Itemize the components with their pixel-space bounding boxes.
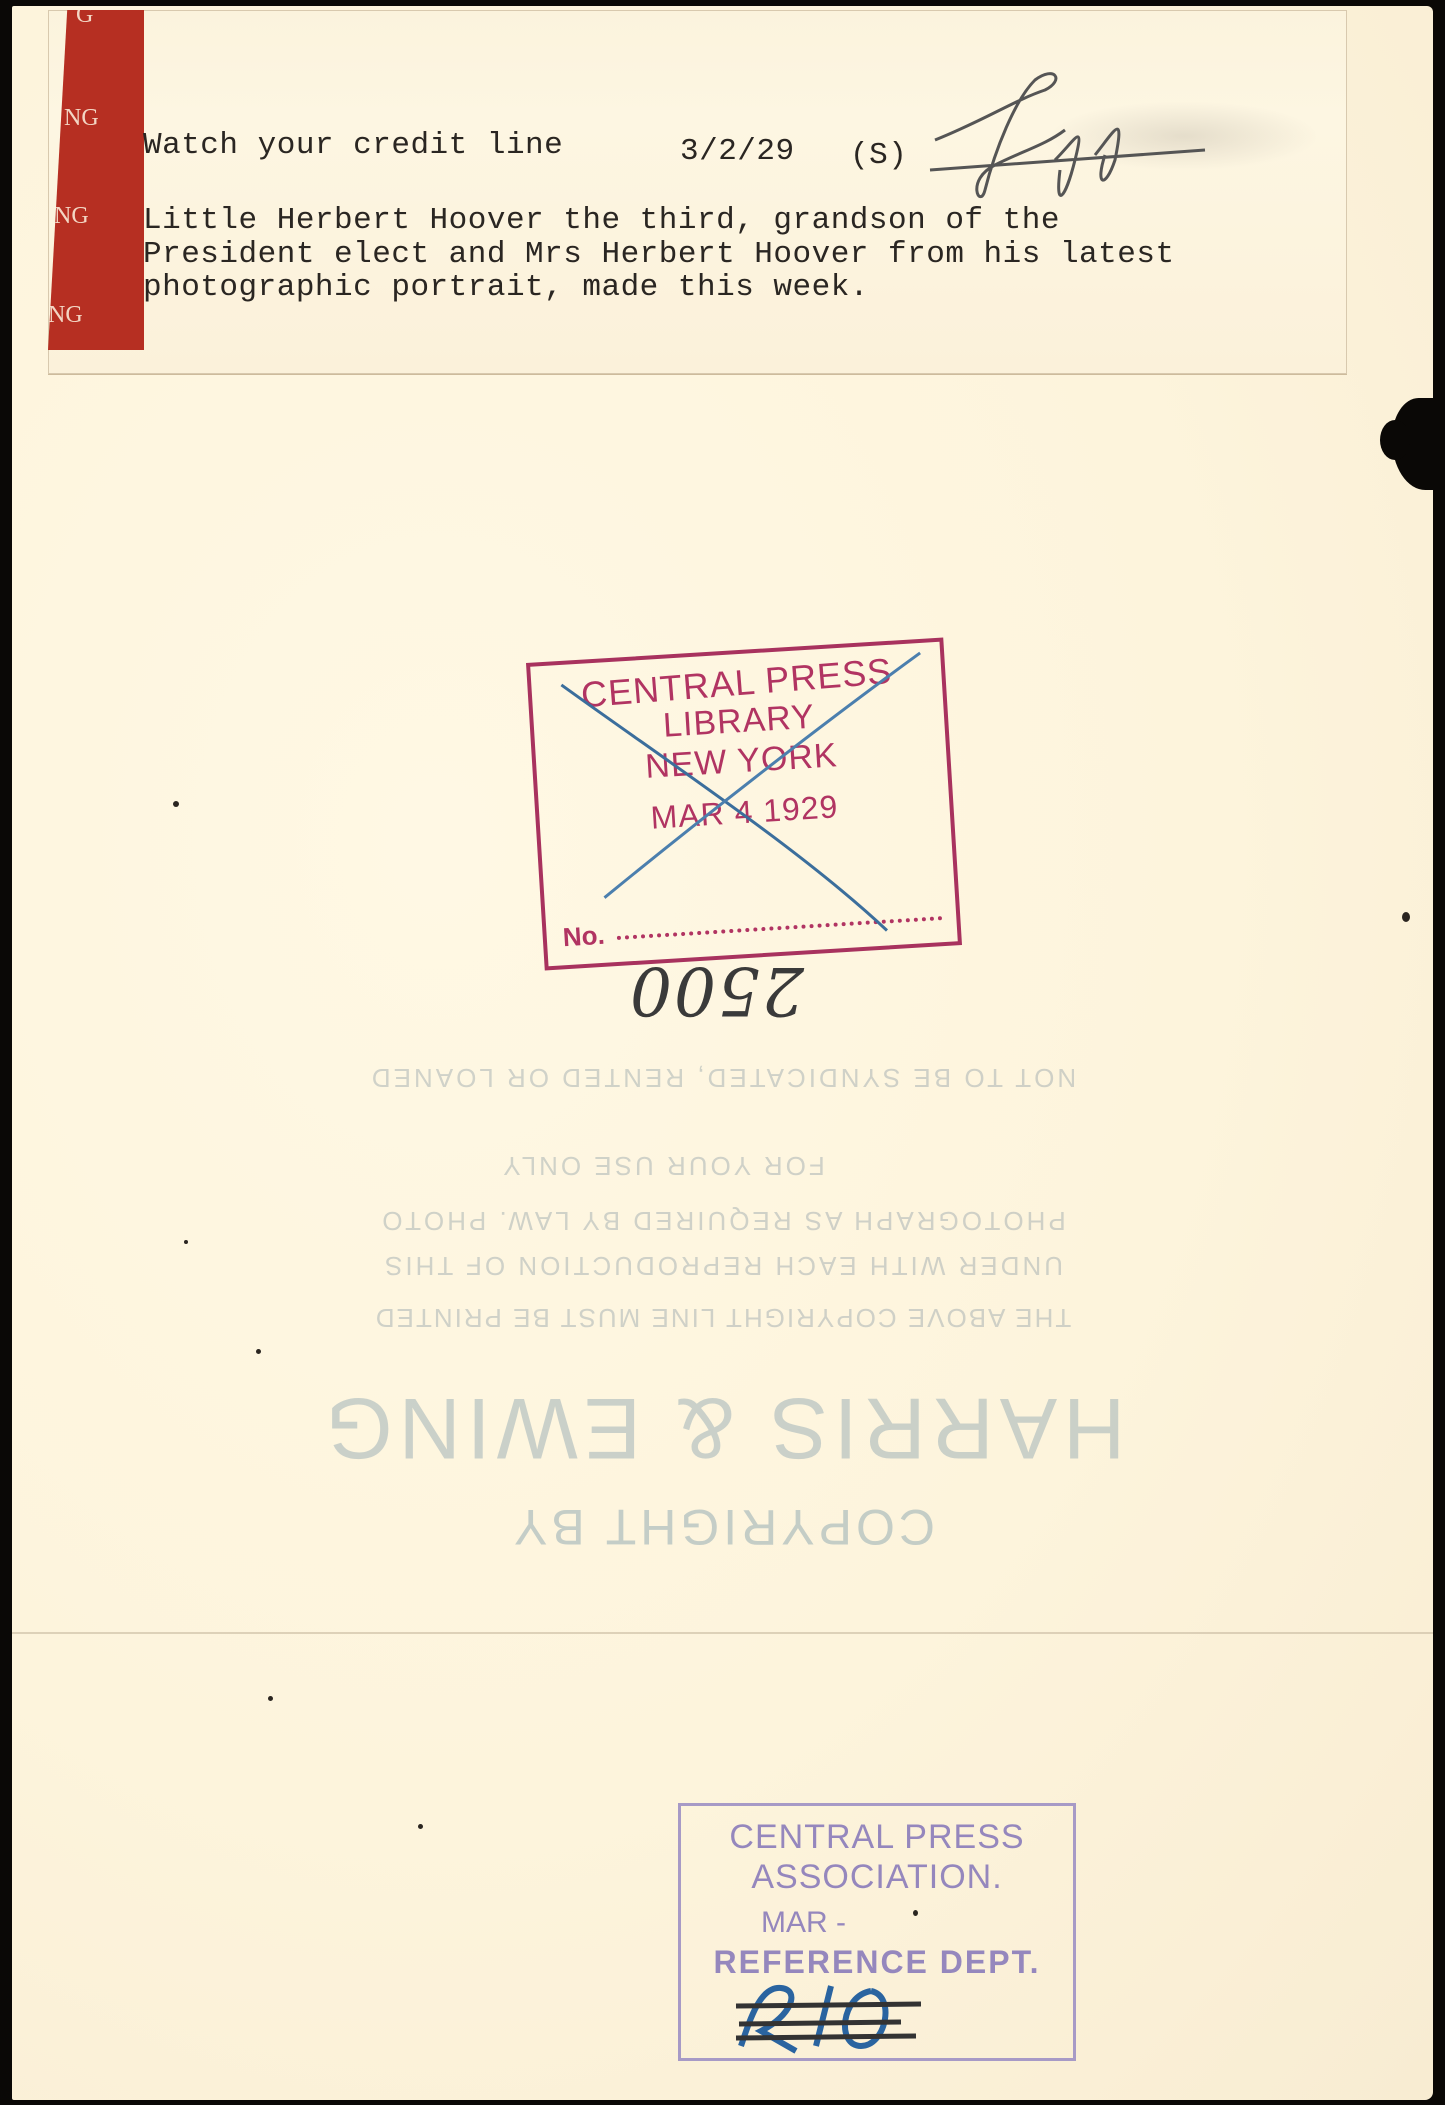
ink-spot — [913, 1910, 918, 1916]
torn-edge-inner — [1380, 420, 1410, 460]
bleed-through-text: THE ABOVE COPYRIGHT LINE MUST BE PRINTED — [0, 1302, 1445, 1333]
caption-body-line: photographic portrait, made this week. — [143, 270, 869, 305]
stamp-line: MAR - — [761, 1906, 846, 1940]
crossed-out-mark — [530, 642, 958, 966]
bleed-through-text: NOT TO BE SYNDICATED, RENTED OR LOANED — [0, 1062, 1445, 1093]
bleed-through-brand: HARRIS & EWING — [0, 1378, 1445, 1477]
caption-code: (S) — [850, 138, 907, 173]
ink-spot — [1402, 912, 1410, 922]
bleed-through-text: UNDER WITH EACH REPRODUCTION OF THIS — [0, 1250, 1445, 1281]
handwritten-number: 2500 — [628, 952, 804, 1029]
fold-crease — [12, 1632, 1433, 1634]
reference-stamp: CENTRAL PRESS ASSOCIATION. MAR - REFEREN… — [678, 1803, 1076, 2061]
strip-label: NG — [54, 203, 89, 230]
library-stamp: CENTRAL PRESS LIBRARY NEW YORK MAR 4 192… — [526, 638, 962, 971]
stamp-line: CENTRAL PRESS — [681, 1818, 1073, 1857]
caption-body-line: Little Herbert Hoover the third, grandso… — [143, 203, 1060, 238]
strip-label: NG — [48, 302, 83, 329]
bleed-through-text: FOR YOUR USE ONLY — [0, 1150, 1445, 1181]
bleed-through-text: PHOTOGRAPH AS REQUIRED BY LAW. PHOTO — [0, 1205, 1445, 1236]
caption-body-line: President elect and Mrs Herbert Hoover f… — [143, 237, 1175, 272]
bleed-through-credit: COPYRIGHT BY — [0, 1498, 1445, 1556]
ink-spot — [256, 1349, 261, 1354]
ink-spot — [268, 1696, 273, 1701]
ink-spot — [184, 1240, 188, 1244]
strip-label: NG — [64, 105, 99, 132]
stamp-line: ASSOCIATION. — [681, 1858, 1073, 1897]
pencil-signature — [925, 70, 1225, 220]
handwritten-reference — [721, 1976, 921, 2056]
ink-spot — [418, 1824, 423, 1829]
caption-date: 3/2/29 — [680, 134, 795, 169]
ink-spot — [173, 801, 179, 807]
credit-line-header: Watch your credit line — [143, 128, 563, 163]
